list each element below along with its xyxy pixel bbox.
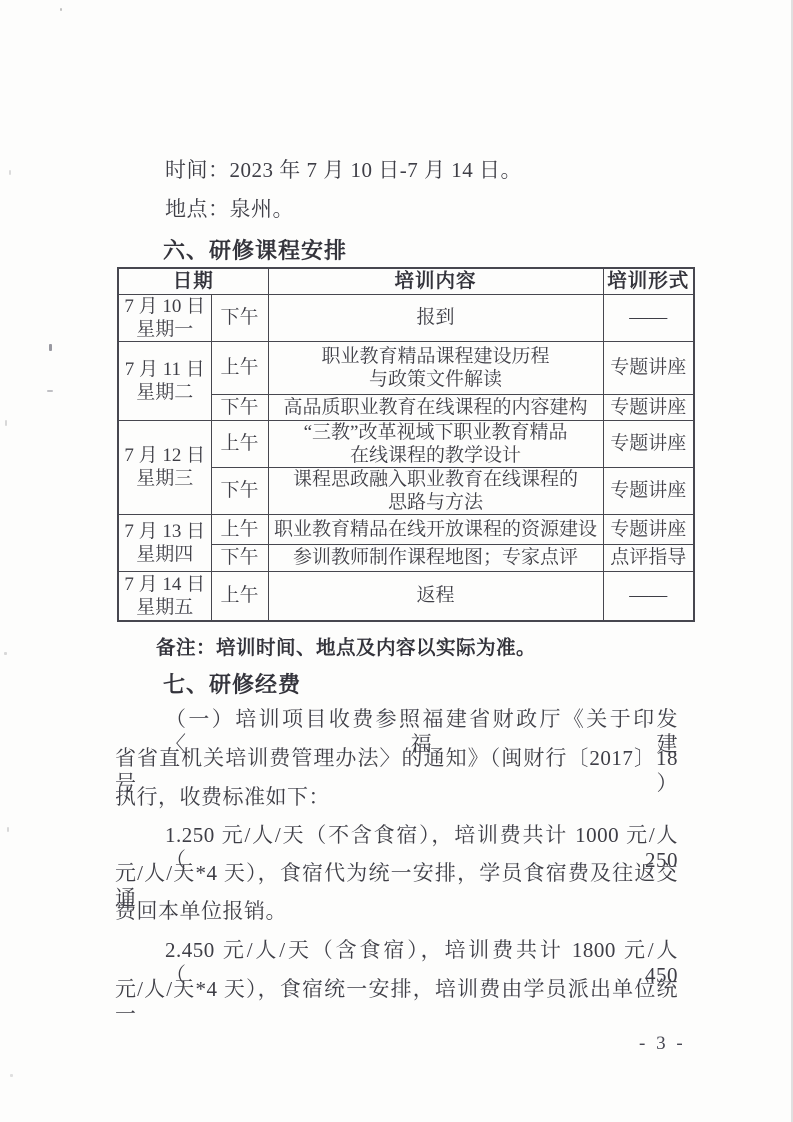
table-row: 7 月 10 日 星期一 下午 报到 —— — [118, 294, 694, 341]
table-row: 7 月 12 日 星期三 上午 “三教”改革视域下职业教育精品 在线课程的教学设… — [118, 420, 694, 467]
col-header-format: 培训形式 — [603, 268, 694, 294]
scan-speck — [10, 1074, 13, 1077]
format-cell: —— — [603, 294, 694, 341]
time-cell: 下午 — [211, 544, 268, 571]
scanned-document-page: 时间：2023 年 7 月 10 日-7 月 14 日。 地点：泉州。 六、研修… — [0, 0, 793, 1122]
content-cell: 参训教师制作课程地图；专家点评 — [268, 544, 603, 571]
date-cell: 7 月 13 日 星期四 — [118, 514, 211, 571]
scan-speck — [5, 420, 7, 426]
format-cell: 专题讲座 — [603, 467, 694, 514]
col-header-content: 培训内容 — [268, 268, 603, 294]
scan-speck — [4, 652, 7, 655]
content-cell: 高品质职业教育在线课程的内容建构 — [268, 394, 603, 420]
schedule-table: 日期 培训内容 培训形式 7 月 10 日 星期一 下午 报到 —— 7 月 1… — [117, 267, 695, 622]
section6-heading: 六、研修课程安排 — [163, 234, 347, 265]
content-cell: 报到 — [268, 294, 603, 341]
format-cell: —— — [603, 571, 694, 621]
format-cell: 点评指导 — [603, 544, 694, 571]
date-cell: 7 月 10 日 星期一 — [118, 294, 211, 341]
date-cell: 7 月 14 日 星期五 — [118, 571, 211, 621]
table-row: 7 月 14 日 星期五 上午 返程 —— — [118, 571, 694, 621]
location-line: 地点：泉州。 — [165, 197, 294, 222]
content-cell: 课程思政融入职业教育在线课程的 思路与方法 — [268, 467, 603, 514]
date-cell: 7 月 12 日 星期三 — [118, 420, 211, 514]
date-cell: 7 月 11 日 星期二 — [118, 341, 211, 420]
table-header-row: 日期 培训内容 培训形式 — [118, 268, 694, 294]
scan-speck — [47, 390, 53, 392]
format-cell: 专题讲座 — [603, 514, 694, 544]
item1-line3: 费回本单位报销。 — [115, 899, 287, 924]
time-cell: 上午 — [211, 514, 268, 544]
scan-speck — [9, 170, 11, 175]
scan-speck — [7, 827, 9, 832]
section7-heading: 七、研修经费 — [163, 668, 301, 699]
table-row: 7 月 13 日 星期四 上午 职业教育精品在线开放课程的资源建设 专题讲座 — [118, 514, 694, 544]
note-line: 备注：培训时间、地点及内容以实际为准。 — [156, 632, 536, 660]
table-row: 7 月 11 日 星期二 上午 职业教育精品课程建设历程 与政策文件解读 专题讲… — [118, 341, 694, 394]
format-cell: 专题讲座 — [603, 420, 694, 467]
time-cell: 下午 — [211, 467, 268, 514]
time-cell: 下午 — [211, 294, 268, 341]
content-cell: 返程 — [268, 571, 603, 621]
content-cell: 职业教育精品在线开放课程的资源建设 — [268, 514, 603, 544]
time-cell: 下午 — [211, 394, 268, 420]
content-cell: “三教”改革视域下职业教育精品 在线课程的教学设计 — [268, 420, 603, 467]
scan-speck — [60, 8, 62, 11]
format-cell: 专题讲座 — [603, 394, 694, 420]
page-number: - 3 - — [639, 1033, 686, 1055]
time-cell: 上午 — [211, 341, 268, 394]
scan-speck — [49, 344, 52, 351]
content-cell: 职业教育精品课程建设历程 与政策文件解读 — [268, 341, 603, 394]
time-cell: 上午 — [211, 571, 268, 621]
item2-line2: 元/人/天*4 天），食宿统一安排，培训费由学员派出单位统一 — [115, 977, 678, 1027]
format-cell: 专题讲座 — [603, 341, 694, 394]
col-header-date: 日期 — [118, 268, 268, 294]
time-line: 时间：2023 年 7 月 10 日-7 月 14 日。 — [165, 158, 522, 183]
time-cell: 上午 — [211, 420, 268, 467]
para1-line3: 执行，收费标准如下： — [115, 785, 330, 810]
